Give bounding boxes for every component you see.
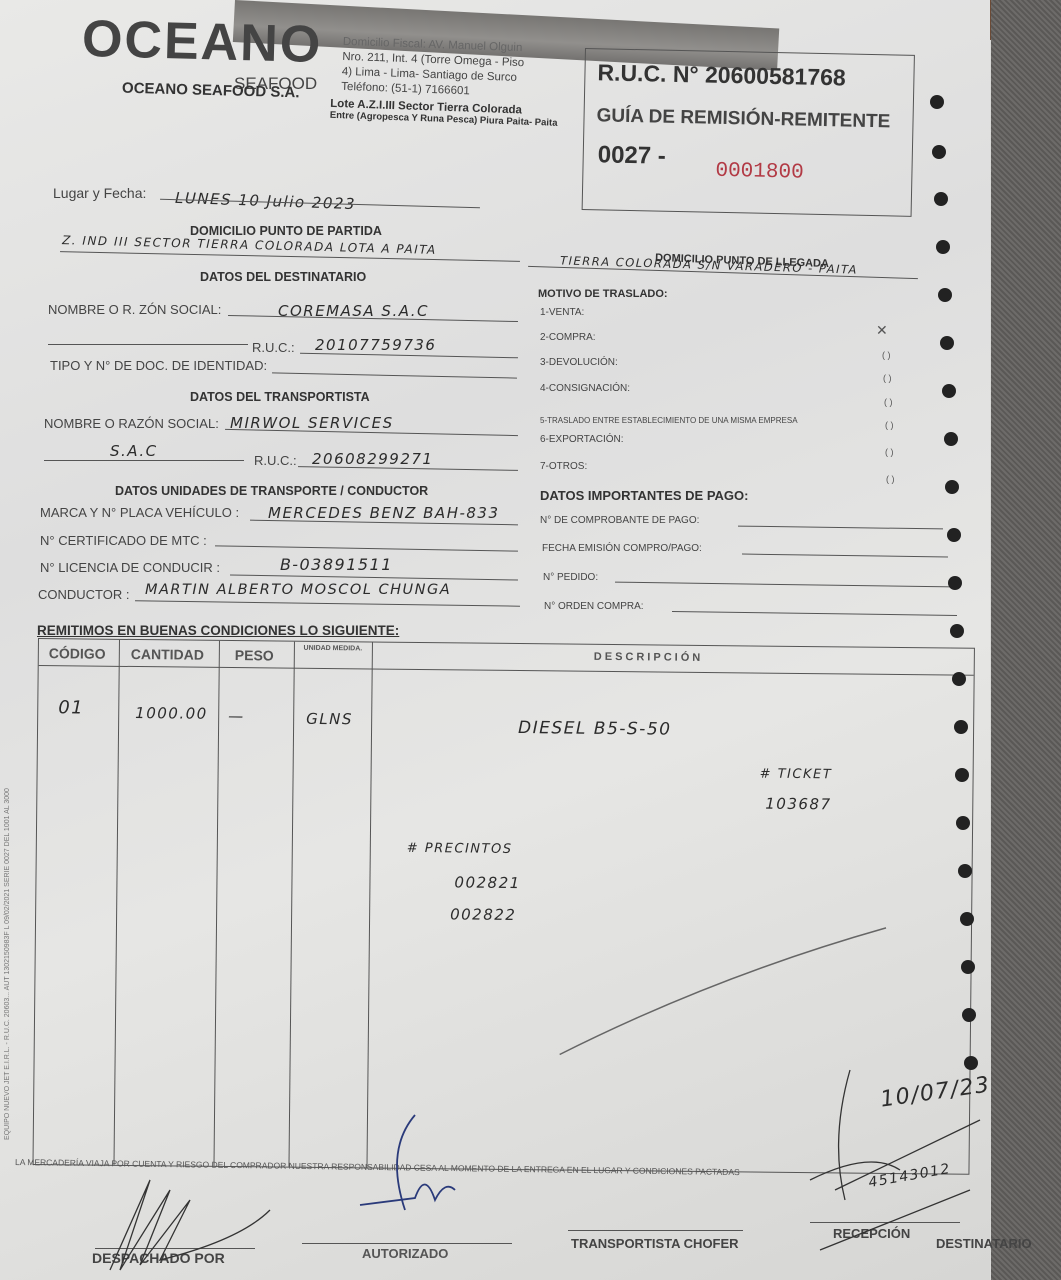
motivo-check-6[interactable]: ( ) — [885, 447, 894, 457]
document-paper: OCEANO SEAFOOD OCEANO SEAFOOD S.A. Domic… — [0, 0, 990, 1280]
unidad-title: DATOS UNIDADES DE TRANSPORTE / CONDUCTOR — [115, 484, 428, 498]
partida-label: DOMICILIO PUNTO DE PARTIDA — [190, 224, 382, 238]
signature-autorizado — [355, 1110, 475, 1220]
document-title: GUÍA DE REMISIÓN-REMITENTE — [596, 105, 890, 133]
tractor-feed-holes — [930, 0, 990, 1280]
field-line — [44, 460, 244, 461]
feed-hole — [934, 192, 948, 206]
feed-hole — [944, 432, 958, 446]
feed-hole — [956, 816, 970, 830]
header-divider — [39, 665, 974, 676]
motivo-option-2: 2-COMPRA: — [540, 332, 596, 343]
licencia-label: N° LICENCIA DE CONDUCIR : — [40, 560, 220, 575]
feed-hole — [962, 1008, 976, 1022]
column-divider — [366, 642, 372, 1167]
lugar-fecha-label: Lugar y Fecha: — [53, 185, 146, 201]
column-divider — [213, 641, 219, 1166]
void-strike-line — [555, 914, 897, 1068]
pago-pedido-label: N° PEDIDO: — [543, 572, 598, 583]
motivo-check-4[interactable]: ( ) — [883, 373, 892, 383]
document-number: 0001800 — [715, 160, 804, 185]
printer-imprint: EQUIPO NUEVO JET E.I.R.L. - R.U.C. 20603… — [4, 788, 11, 1140]
cell-unidad[interactable]: GLNS — [306, 710, 353, 728]
motivo-option-4: 4-CONSIGNACIÓN: — [540, 383, 630, 394]
placa-label: MARCA Y N° PLACA VEHÍCULO : — [40, 505, 239, 520]
motivo-check-5[interactable]: ( ) — [885, 420, 894, 430]
destinatario-title: DATOS DEL DESTINATARIO — [200, 270, 366, 284]
destinatario-doc-field[interactable] — [272, 372, 517, 378]
feed-hole — [960, 912, 974, 926]
fiscal-address: Domicilio Fiscal: AV. Manuel Olguin Nro.… — [341, 35, 525, 101]
column-divider — [288, 642, 294, 1167]
items-title: REMITIMOS EN BUENAS CONDICIONES LO SIGUI… — [37, 623, 399, 638]
feed-hole — [955, 768, 969, 782]
destinatario-nombre-label: NOMBRE O R. ZÓN SOCIAL: — [48, 302, 221, 317]
column-header-unidad: UNIDAD MEDIDA. — [301, 645, 365, 653]
precintos-label: # PRECINTOS — [407, 841, 513, 857]
pago-title: DATOS IMPORTANTES DE PAGO: — [540, 488, 749, 503]
signature-line — [302, 1243, 512, 1244]
motivo-check-extra[interactable]: ( ) — [884, 397, 893, 407]
column-header-descripcion: DESCRIPCIÓN — [594, 651, 704, 664]
feed-hole — [930, 95, 944, 109]
transportista-nombre-value-2[interactable]: S.A.C — [110, 442, 158, 460]
feed-hole — [964, 1056, 978, 1070]
conductor-label: CONDUCTOR : — [38, 587, 129, 602]
destinatario-ruc-value[interactable]: 20107759736 — [315, 336, 436, 354]
cell-descripcion[interactable]: DIESEL B5-S-50 — [518, 718, 672, 740]
transportista-title: DATOS DEL TRANSPORTISTA — [190, 390, 370, 404]
feed-hole — [932, 145, 946, 159]
document-series: 0027 - — [597, 141, 666, 170]
feed-hole — [958, 864, 972, 878]
motivo-option-7: 7-OTROS: — [540, 461, 587, 472]
signature-despachado — [80, 1170, 280, 1280]
plant-address: Lote A.Z.I.III Sector Tierra Colorada En… — [330, 98, 571, 129]
placa-value[interactable]: MERCEDES BENZ BAH-833 — [268, 504, 500, 522]
conductor-value[interactable]: MARTIN ALBERTO MOSCOL CHUNGA — [145, 582, 451, 598]
precinto-item[interactable]: 002821 — [454, 873, 520, 892]
motivo-option-1: 1-VENTA: — [540, 307, 584, 318]
field-line — [230, 574, 518, 580]
feed-hole — [961, 960, 975, 974]
transportista-ruc-label: R.U.C.: — [254, 453, 297, 468]
sig-transportista-label: TRANSPORTISTA CHOFER — [571, 1236, 739, 1251]
column-divider — [113, 640, 119, 1165]
motivo-option-5: 5-TRASLADO ENTRE ESTABLECIMIENTO DE UNA … — [540, 416, 798, 425]
ticket-value[interactable]: 103687 — [765, 795, 831, 814]
motivo-title: MOTIVO DE TRASLADO: — [538, 288, 668, 300]
field-line — [135, 600, 520, 606]
feed-hole — [954, 720, 968, 734]
motivo-option-3: 3-DEVOLUCIÓN: — [540, 357, 618, 368]
feed-hole — [952, 672, 966, 686]
pago-fecha-label: FECHA EMISIÓN COMPRO/PAGO: — [542, 543, 702, 554]
pago-pedido-field[interactable] — [615, 582, 953, 588]
ticket-label: # TICKET — [760, 767, 833, 783]
feed-hole — [942, 384, 956, 398]
cell-cantidad[interactable]: 1000.00 — [135, 704, 208, 723]
transportista-ruc-value[interactable]: 20608299271 — [312, 450, 433, 468]
column-header-peso: PESO — [235, 647, 274, 663]
licencia-value[interactable]: B-03891511 — [280, 555, 393, 574]
feed-hole — [936, 240, 950, 254]
sig-autorizado-label: AUTORIZADO — [362, 1246, 448, 1261]
pago-comprobante-label: N° DE COMPROBANTE DE PAGO: — [540, 515, 699, 526]
background-surface — [991, 0, 1061, 1280]
motivo-option-6: 6-EXPORTACIÓN: — [540, 434, 624, 445]
precinto-item[interactable]: 002822 — [450, 905, 516, 924]
company-logo: OCEANO — [81, 9, 323, 75]
feed-hole — [940, 336, 954, 350]
pago-comprobante-field[interactable] — [738, 526, 943, 530]
ruc-number: R.U.C. N° 20600581768 — [597, 59, 846, 91]
destinatario-ruc-label: R.U.C.: — [252, 340, 295, 355]
mtc-field[interactable] — [215, 545, 518, 551]
pago-fecha-field[interactable] — [742, 554, 948, 558]
signature-line — [568, 1230, 743, 1231]
column-header-codigo: CÓDIGO — [49, 645, 106, 662]
company-name: OCEANO SEAFOOD S.A. — [122, 80, 300, 102]
motivo-check-7[interactable]: ( ) — [886, 474, 895, 484]
feed-hole — [950, 624, 964, 638]
destinatario-doc-label: TIPO Y N° DE DOC. DE IDENTIDAD: — [50, 358, 267, 373]
cell-codigo[interactable]: 01 — [58, 697, 84, 718]
motivo-check-2[interactable]: ✕ — [876, 322, 888, 339]
transportista-nombre-label: NOMBRE O RAZÓN SOCIAL: — [44, 416, 219, 431]
motivo-check-3[interactable]: ( ) — [882, 350, 891, 360]
feed-hole — [945, 480, 959, 494]
feed-hole — [948, 576, 962, 590]
cell-peso[interactable]: — — [228, 707, 245, 725]
mtc-label: N° CERTIFICADO DE MTC : — [40, 533, 207, 548]
document-id-box: R.U.C. N° 20600581768 GUÍA DE REMISIÓN-R… — [582, 48, 915, 217]
pago-orden-field[interactable] — [672, 611, 957, 616]
column-header-cantidad: CANTIDAD — [131, 646, 204, 663]
field-line — [48, 344, 248, 345]
feed-hole — [947, 528, 961, 542]
feed-hole — [938, 288, 952, 302]
pago-orden-label: N° ORDEN COMPRA: — [544, 601, 644, 612]
